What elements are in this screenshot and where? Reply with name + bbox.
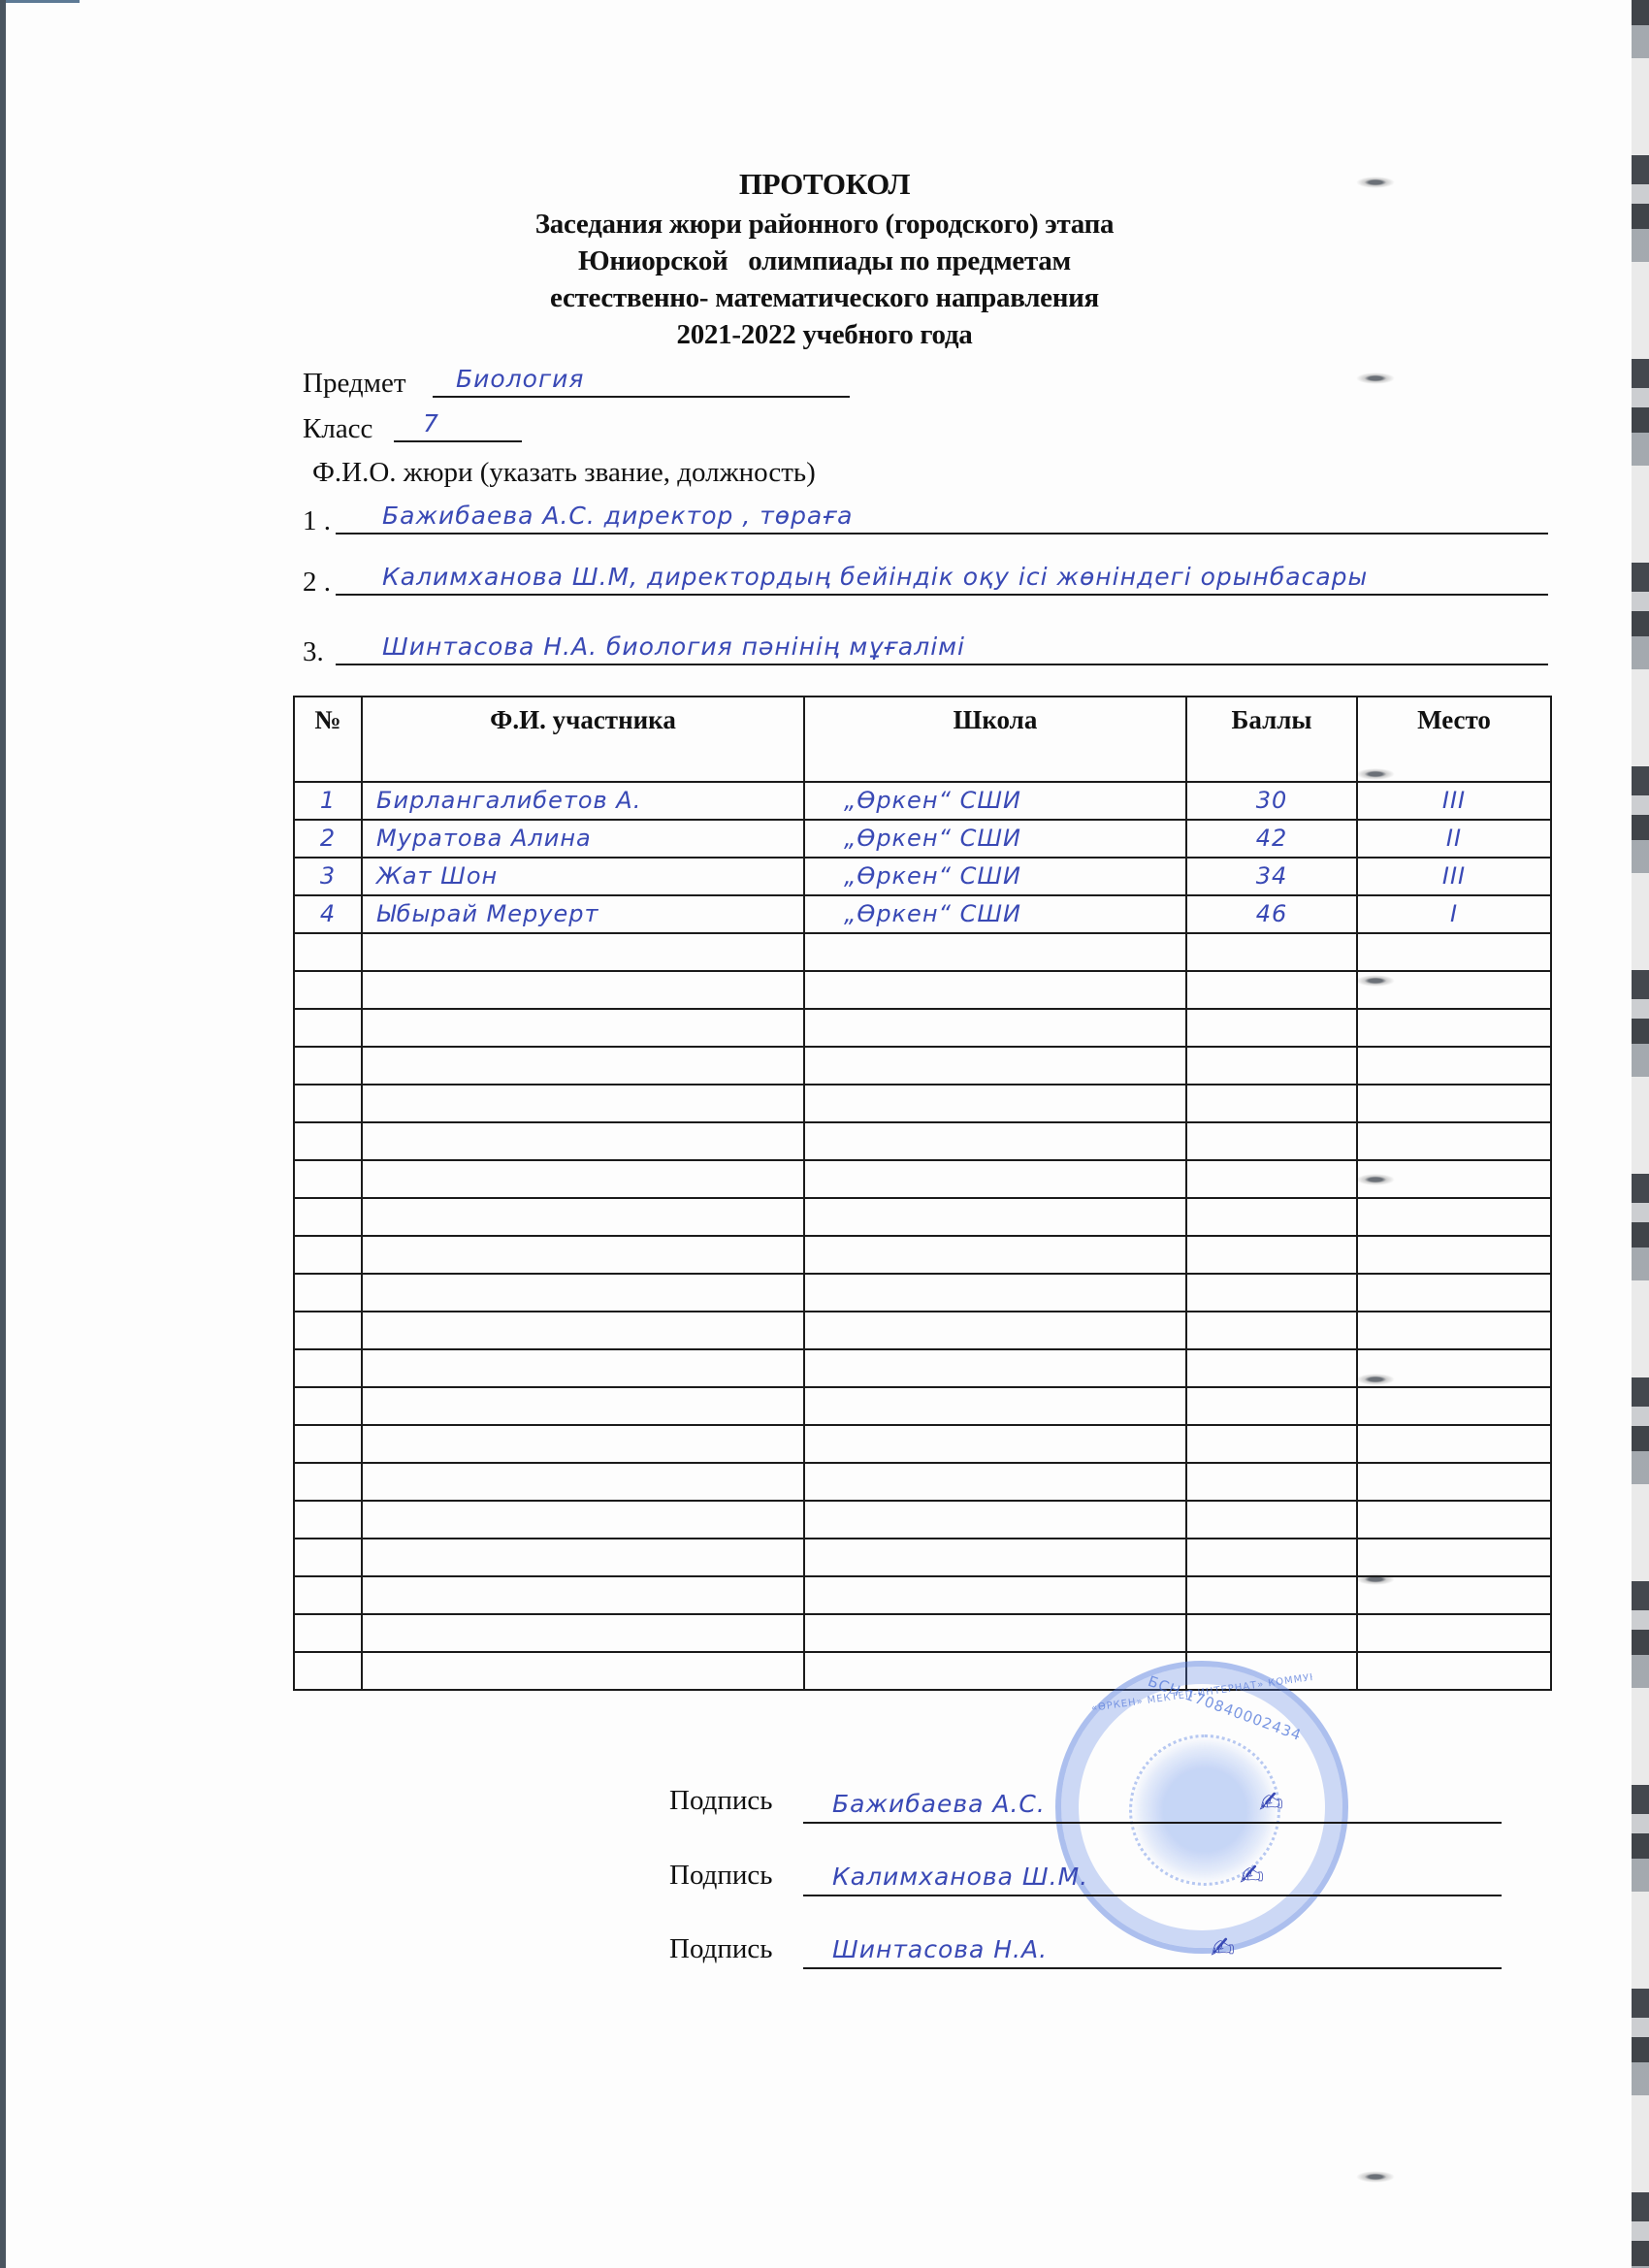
table-row-empty [294,1047,1551,1085]
punch-hole-mark [1356,2171,1395,2183]
document-subtitle-line: 2021-2022 учебного года [0,316,1649,353]
row-number-cell[interactable]: 3 [294,858,362,895]
signature-label: Подпись [669,1785,773,1817]
participant-name-cell[interactable]: Бирлангалибетов А. [362,782,804,820]
table-row-empty [294,1236,1551,1274]
row-number: 4 [295,896,361,931]
place-cell[interactable] [1357,1198,1551,1236]
school-name-cell[interactable] [804,1236,1186,1274]
column-header-place: Место [1357,697,1551,782]
place-cell[interactable]: III [1357,858,1551,895]
place-cell[interactable] [1357,1122,1551,1160]
table-row-empty [294,1539,1551,1576]
score: 30 [1187,783,1356,818]
score: 46 [1187,896,1356,931]
row-number-cell[interactable] [294,1198,362,1236]
score-cell[interactable] [1186,1312,1357,1349]
school-name: „Өркен“ СШИ [805,821,1185,856]
table-row-empty [294,1274,1551,1312]
row-number-cell[interactable] [294,1501,362,1539]
place-cell[interactable] [1357,971,1551,1009]
row-number-cell[interactable]: 1 [294,782,362,820]
column-header-number: № [294,697,362,782]
place-cell[interactable] [1357,1387,1551,1425]
table-row-empty [294,1198,1551,1236]
score-cell[interactable] [1186,1085,1357,1122]
place-cell[interactable] [1357,1463,1551,1501]
document-subtitle-line: Заседания жюри районного (городского) эт… [0,206,1649,243]
place-cell[interactable] [1357,1274,1551,1312]
table-row: 1Бирлангалибетов А.„Өркен“ СШИ30III [294,782,1551,820]
school-name-cell[interactable] [804,1501,1186,1539]
participant-name-cell[interactable] [362,1539,804,1576]
school-name: „Өркен“ СШИ [805,896,1185,931]
school-name-cell[interactable] [804,1349,1186,1387]
score-cell[interactable]: 42 [1186,820,1357,858]
signature-name-3: Шинтасова Н.А. [832,1935,1048,1963]
school-name-cell[interactable] [804,1085,1186,1122]
place: III [1358,783,1550,818]
participant-name-cell[interactable] [362,1198,804,1236]
school-name-cell[interactable] [804,1160,1186,1198]
school-name-cell[interactable] [804,1122,1186,1160]
place: III [1358,859,1550,893]
participant-name-cell[interactable] [362,1085,804,1122]
participant-name: Жат Шон [363,859,803,893]
table-row-empty [294,1312,1551,1349]
score-cell[interactable] [1186,1501,1357,1539]
jury-member-2-field[interactable]: Калимханова Ш.М, директордың бейіндік оқ… [336,551,1548,596]
scan-edge-mark [6,0,80,3]
score-cell[interactable] [1186,1122,1357,1160]
score-cell[interactable] [1186,1274,1357,1312]
signature-name-2: Калимханова Ш.М. [832,1863,1088,1891]
place-cell[interactable]: I [1357,895,1551,933]
row-number-cell[interactable] [294,971,362,1009]
place: II [1358,821,1550,856]
document-subtitle-line: Юниорской олимпиады по предметам [0,243,1649,279]
row-number-cell[interactable] [294,1274,362,1312]
place-cell[interactable] [1357,1236,1551,1274]
column-header-participant: Ф.И. участника [362,697,804,782]
participant-name-cell[interactable] [362,1576,804,1614]
score-cell[interactable] [1186,1047,1357,1085]
score-cell[interactable] [1186,1425,1357,1463]
signature-label: Подпись [669,1933,773,1965]
table-row: 2Муратова Алина„Өркен“ СШИ42II [294,820,1551,858]
jury-member-1-field[interactable]: Бажибаева А.С. директор , төраға [336,490,1548,535]
table-row-empty [294,1387,1551,1425]
place-cell[interactable] [1357,1576,1551,1614]
jury-member-3-value: Шинтасова Н.А. биология пәнінің мұғалімі [382,632,965,661]
school-name-cell[interactable] [804,1387,1186,1425]
signature-scribble-icon: ✍ [1240,1859,1265,1893]
table-row-empty [294,1349,1551,1387]
school-name-cell[interactable] [804,1539,1186,1576]
participant-name-cell[interactable] [362,1274,804,1312]
school-name-cell[interactable] [804,933,1186,971]
results-body: 1Бирлангалибетов А.„Өркен“ СШИ30III2Мура… [294,782,1551,1690]
score: 42 [1187,821,1356,856]
row-number-cell[interactable] [294,1009,362,1047]
participant-name-cell[interactable] [362,1009,804,1047]
row-number-cell[interactable] [294,1349,362,1387]
jury-number: 2 . [303,566,331,599]
place-cell[interactable] [1357,1501,1551,1539]
school-name-cell[interactable]: „Өркен“ СШИ [804,858,1186,895]
table-row-empty [294,1652,1551,1690]
participant-name-cell[interactable] [362,1463,804,1501]
participant-name-cell[interactable] [362,933,804,971]
table-row: 3Жат Шон„Өркен“ СШИ34III [294,858,1551,895]
participant-name-cell[interactable] [362,1501,804,1539]
school-name-cell[interactable] [804,1576,1186,1614]
results-table: № Ф.И. участника Школа Баллы Место 1Бирл… [293,696,1552,1691]
table-row-empty [294,1576,1551,1614]
score-cell[interactable] [1186,1614,1357,1652]
school-name-cell[interactable] [804,1312,1186,1349]
document-subtitle-line: естественно- математического направления [0,279,1649,316]
table-header-row: № Ф.И. участника Школа Баллы Место [294,697,1551,782]
row-number-cell[interactable] [294,1312,362,1349]
participant-name-cell[interactable] [362,971,804,1009]
document-header: ПРОТОКОЛ Заседания жюри районного (город… [0,163,1649,353]
score-cell[interactable] [1186,1576,1357,1614]
table-row-empty [294,1614,1551,1652]
row-number-cell[interactable]: 2 [294,820,362,858]
row-number-cell[interactable] [294,1576,362,1614]
participant-name-cell[interactable] [362,1387,804,1425]
signature-field-1[interactable]: Бажибаева А.С. ✍ [803,1783,1502,1824]
row-number-cell[interactable] [294,1614,362,1652]
participant-name-cell[interactable]: Жат Шон [362,858,804,895]
row-number: 3 [295,859,361,893]
signature-name-1: Бажибаева А.С. [832,1790,1046,1818]
table-row-empty [294,1425,1551,1463]
jury-member-3-field[interactable]: Шинтасова Н.А. биология пәнінің мұғалімі [336,621,1548,665]
column-header-school: Школа [804,697,1186,782]
jury-number: 1 . [303,504,331,537]
signature-scribble-icon: ✍ [1211,1931,1236,1965]
row-number-cell[interactable] [294,1047,362,1085]
participant-name-cell[interactable] [362,1652,804,1690]
document-title: ПРОТОКОЛ [0,163,1649,206]
school-name-cell[interactable] [804,1198,1186,1236]
row-number-cell[interactable] [294,933,362,971]
row-number: 1 [295,783,361,818]
score-cell[interactable]: 34 [1186,858,1357,895]
score-cell[interactable] [1186,933,1357,971]
participant-name-cell[interactable] [362,1349,804,1387]
score: 34 [1187,859,1356,893]
jury-label: Ф.И.О. жюри (указать звание, должность) [312,456,816,489]
score-cell[interactable] [1186,1463,1357,1501]
row-number: 2 [295,821,361,856]
subject-field[interactable]: Биология [433,361,850,398]
school-name-cell[interactable]: „Өркен“ СШИ [804,782,1186,820]
row-number-cell[interactable] [294,1085,362,1122]
score-cell[interactable] [1186,971,1357,1009]
score-cell[interactable] [1186,1349,1357,1387]
place-cell[interactable] [1357,1160,1551,1198]
school-name-cell[interactable] [804,1463,1186,1501]
signature-field-3[interactable]: Шинтасова Н.А. ✍ [803,1928,1502,1969]
place-cell[interactable] [1357,1349,1551,1387]
signature-field-2[interactable]: Калимханова Ш.М. ✍ [803,1856,1502,1896]
row-number-cell[interactable] [294,1236,362,1274]
school-name-cell[interactable] [804,971,1186,1009]
participant-name: Муратова Алина [363,821,803,856]
place-cell[interactable] [1357,1085,1551,1122]
school-name-cell[interactable] [804,1009,1186,1047]
score-cell[interactable] [1186,1387,1357,1425]
school-name: „Өркен“ СШИ [805,783,1185,818]
table-row-empty [294,1463,1551,1501]
table-row-empty [294,1501,1551,1539]
place-cell[interactable]: II [1357,820,1551,858]
subject-label: Предмет [303,367,406,400]
table-row-empty [294,971,1551,1009]
place-cell[interactable]: III [1357,782,1551,820]
place-cell[interactable] [1357,1652,1551,1690]
place-cell[interactable] [1357,1539,1551,1576]
row-number-cell[interactable] [294,1539,362,1576]
row-number-cell[interactable] [294,1387,362,1425]
row-number-cell[interactable] [294,1463,362,1501]
grade-field[interactable]: 7 [394,405,522,442]
table-row-empty [294,1009,1551,1047]
place: I [1358,896,1550,931]
table-row-empty [294,1085,1551,1122]
jury-member-2-value: Калимханова Ш.М, директордың бейіндік оқ… [382,563,1368,591]
score-cell[interactable] [1186,1198,1357,1236]
column-header-score: Баллы [1186,697,1357,782]
participant-name-cell[interactable] [362,1425,804,1463]
grade-label: Класс [303,412,372,445]
signature-label: Подпись [669,1860,773,1892]
school-name-cell[interactable] [804,1425,1186,1463]
participant-name-cell[interactable] [362,1122,804,1160]
score-cell[interactable]: 46 [1186,895,1357,933]
grade-value: 7 [423,409,439,437]
score-cell[interactable] [1186,1236,1357,1274]
participant-name-cell[interactable] [362,1236,804,1274]
row-number-cell[interactable]: 4 [294,895,362,933]
table-row-empty [294,1160,1551,1198]
participant-name-cell[interactable] [362,1614,804,1652]
school-name-cell[interactable] [804,1274,1186,1312]
school-name-cell[interactable] [804,1614,1186,1652]
participant-name-cell[interactable]: Муратова Алина [362,820,804,858]
table-row: 4Ыбырай Меруерт„Өркен“ СШИ46I [294,895,1551,933]
school-name-cell[interactable] [804,1047,1186,1085]
participant-name-cell[interactable] [362,1047,804,1085]
score-cell[interactable] [1186,1009,1357,1047]
participant-name: Бирлангалибетов А. [363,783,803,818]
score-cell[interactable]: 30 [1186,782,1357,820]
score-cell[interactable] [1186,1539,1357,1576]
row-number-cell[interactable] [294,1160,362,1198]
participant-name-cell[interactable]: Ыбырай Меруерт [362,895,804,933]
place-cell[interactable] [1357,933,1551,971]
table-row-empty [294,933,1551,971]
jury-member-1-value: Бажибаева А.С. директор , төраға [382,502,853,530]
jury-number: 3. [303,635,324,668]
row-number-cell[interactable] [294,1425,362,1463]
row-number-cell[interactable] [294,1652,362,1690]
school-name-cell[interactable]: „Өркен“ СШИ [804,820,1186,858]
school-name-cell[interactable]: „Өркен“ СШИ [804,895,1186,933]
school-name: „Өркен“ СШИ [805,859,1185,893]
place-cell[interactable] [1357,1047,1551,1085]
signature-scribble-icon: ✍ [1259,1786,1284,1820]
place-cell[interactable] [1357,1614,1551,1652]
subject-value: Биология [456,365,584,393]
score-cell[interactable] [1186,1160,1357,1198]
table-row-empty [294,1122,1551,1160]
participant-name-cell[interactable] [362,1312,804,1349]
place-cell[interactable] [1357,1425,1551,1463]
place-cell[interactable] [1357,1009,1551,1047]
row-number-cell[interactable] [294,1122,362,1160]
participant-name: Ыбырай Меруерт [363,896,803,931]
punch-hole-mark [1356,373,1395,384]
participant-name-cell[interactable] [362,1160,804,1198]
place-cell[interactable] [1357,1312,1551,1349]
